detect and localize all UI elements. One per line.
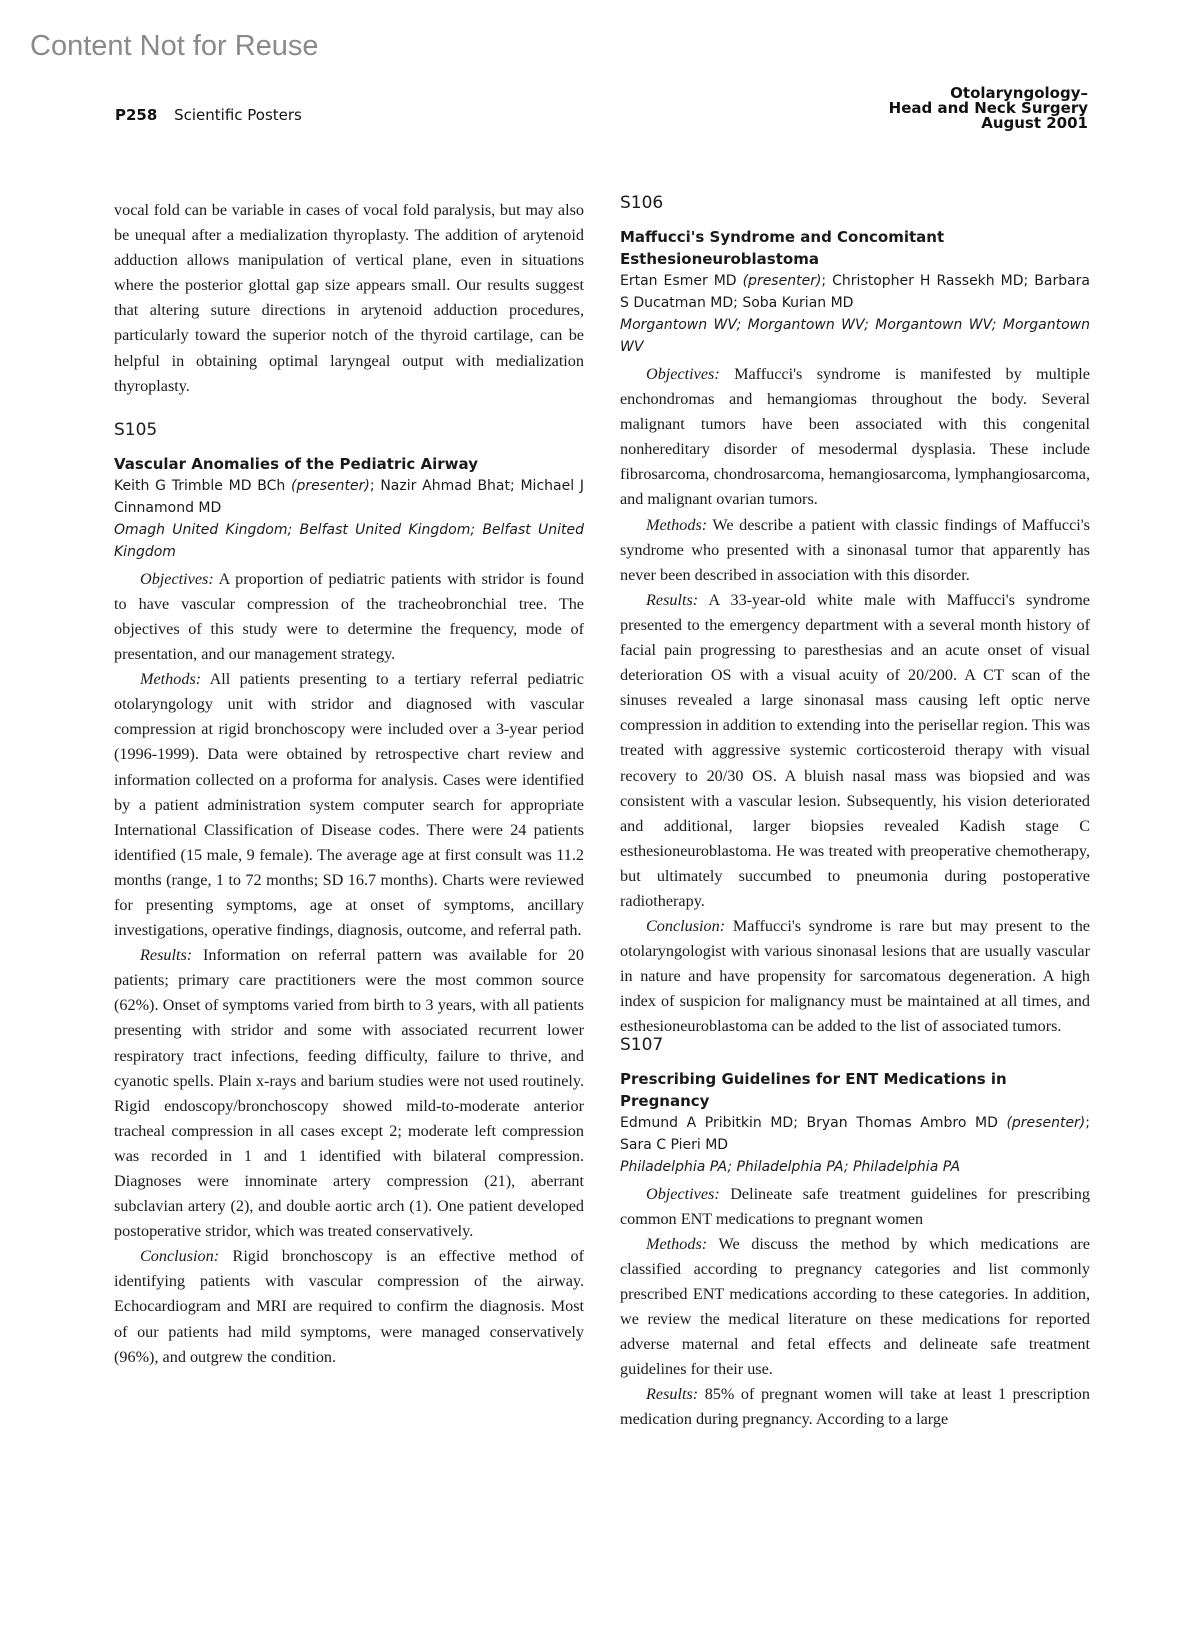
- page-number: P258: [115, 106, 157, 124]
- abstract-s105: S105 Vascular Anomalies of the Pediatric…: [114, 419, 584, 1370]
- objectives-paragraph: Objectives: Delineate safe treatment gui…: [620, 1182, 1090, 1232]
- section-label: Methods:: [646, 1235, 707, 1253]
- objectives-paragraph: Objectives: A proportion of pediatric pa…: [114, 567, 584, 667]
- section-text: A 33-year-old white male with Maffucci's…: [620, 591, 1090, 910]
- abstract-affiliations: Philadelphia PA; Philadelphia PA; Philad…: [620, 1156, 1090, 1178]
- section-name: Scientific Posters: [174, 106, 302, 124]
- results-paragraph: Results: Information on referral pattern…: [114, 943, 584, 1244]
- section-label: Objectives:: [646, 1185, 720, 1203]
- section-label: Conclusion:: [646, 917, 725, 935]
- objectives-paragraph: Objectives: Maffucci's syndrome is manif…: [620, 362, 1090, 513]
- abstract-s106: S106 Maffucci's Syndrome and Concomitant…: [620, 192, 1090, 1040]
- authors-text: Ertan Esmer MD: [620, 273, 743, 289]
- section-label: Objectives:: [646, 365, 720, 383]
- section-label: Results:: [646, 591, 698, 609]
- abstract-affiliations: Morgantown WV; Morgantown WV; Morgantown…: [620, 314, 1090, 358]
- section-text: Maffucci's syndrome is manifested by mul…: [620, 365, 1090, 508]
- running-head-right: Otolaryngology– Head and Neck Surgery Au…: [889, 86, 1088, 131]
- section-text: Information on referral pattern was avai…: [114, 946, 584, 1240]
- section-text: All patients presenting to a tertiary re…: [114, 670, 584, 939]
- authors-text: Keith G Trimble MD BCh: [114, 478, 291, 494]
- methods-paragraph: Methods: We discuss the method by which …: [620, 1232, 1090, 1383]
- continuation-paragraph: vocal fold can be variable in cases of v…: [114, 198, 584, 399]
- left-column: vocal fold can be variable in cases of v…: [114, 198, 584, 1370]
- section-label: Results:: [140, 946, 192, 964]
- watermark: Content Not for Reuse: [30, 30, 319, 63]
- section-label: Methods:: [140, 670, 201, 688]
- conclusion-paragraph: Conclusion: Maffucci's syndrome is rare …: [620, 914, 1090, 1039]
- right-column: S106 Maffucci's Syndrome and Concomitant…: [620, 198, 1090, 1432]
- abstract-title: Vascular Anomalies of the Pediatric Airw…: [114, 453, 584, 475]
- authors-text: Edmund A Pribitkin MD; Bryan Thomas Ambr…: [620, 1115, 1006, 1131]
- section-label: Conclusion:: [140, 1247, 219, 1265]
- abstract-authors: Keith G Trimble MD BCh (presenter); Nazi…: [114, 475, 584, 519]
- abstract-title: Prescribing Guidelines for ENT Medicatio…: [620, 1068, 1090, 1112]
- abstract-id: S106: [620, 192, 1090, 214]
- abstract-title: Maffucci's Syndrome and Concomitant Esth…: [620, 226, 1090, 270]
- section-label: Methods:: [646, 516, 707, 534]
- methods-paragraph: Methods: We describe a patient with clas…: [620, 513, 1090, 588]
- section-label: Results:: [646, 1385, 698, 1403]
- results-paragraph: Results: 85% of pregnant women will take…: [620, 1382, 1090, 1432]
- abstract-authors: Edmund A Pribitkin MD; Bryan Thomas Ambr…: [620, 1112, 1090, 1156]
- running-head-left: P258 Scientific Posters: [115, 106, 302, 124]
- methods-paragraph: Methods: All patients presenting to a te…: [114, 667, 584, 943]
- issue-date: August 2001: [889, 116, 1088, 131]
- conclusion-paragraph: Conclusion: Rigid bronchoscopy is an eff…: [114, 1244, 584, 1369]
- abstract-affiliations: Omagh United Kingdom; Belfast United Kin…: [114, 519, 584, 563]
- presenter-tag: (presenter): [1006, 1115, 1085, 1131]
- abstract-authors: Ertan Esmer MD (presenter); Christopher …: [620, 270, 1090, 314]
- abstract-s107: S107 Prescribing Guidelines for ENT Medi…: [620, 1034, 1090, 1433]
- section-label: Objectives:: [140, 570, 214, 588]
- section-text: We discuss the method by which medicatio…: [620, 1235, 1090, 1378]
- abstract-id: S105: [114, 419, 584, 441]
- presenter-tag: (presenter): [743, 273, 822, 289]
- results-paragraph: Results: A 33-year-old white male with M…: [620, 588, 1090, 914]
- presenter-tag: (presenter): [291, 478, 370, 494]
